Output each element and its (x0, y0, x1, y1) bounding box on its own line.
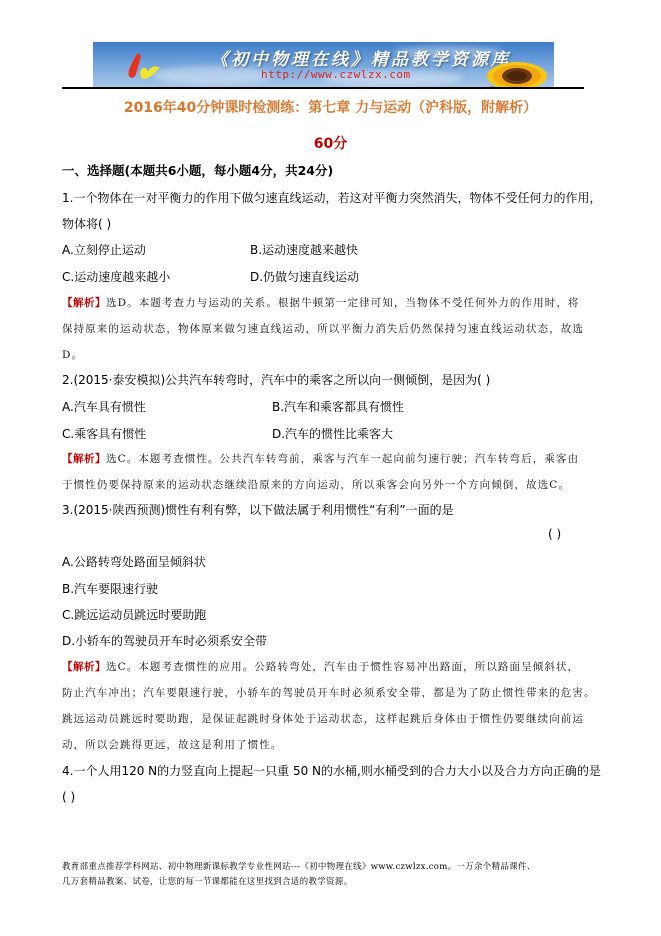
question-3-analysis-line-3: 跳远运动员跳远时要助跑，是保证起跳时身体处于运动状态，这样起跳后身体由于惯性仍要… (62, 711, 584, 726)
analysis-text: 选C。本题考查惯性。公共汽车转弯前，乘客与汽车一起向前匀速行驶；汽车转弯后，乘客… (106, 453, 579, 465)
question-1-option-b: B.运动速度越来越快 (250, 241, 358, 258)
question-2-option-b: B.汽车和乘客都具有惯性 (272, 398, 404, 415)
question-1-stem-line-2: 物体将( ) (62, 216, 111, 232)
question-1-option-d: D.仍做匀速直线运动 (250, 268, 359, 285)
analysis-tag: 【解析】 (62, 453, 106, 465)
question-4-stem-line-2: ( ) (62, 789, 75, 805)
question-2-analysis-line-1: 【解析】选C。本题考查惯性。公共汽车转弯前，乘客与汽车一起向前匀速行驶；汽车转弯… (62, 451, 579, 466)
question-1-option-c: C.运动速度越来越小 (62, 268, 170, 285)
analysis-tag: 【解析】 (62, 661, 106, 673)
question-1-analysis-line-2: 保持原来的运动状态，物体原来做匀速直线运动，所以平衡力消失后仍然保持匀速直线运动… (62, 321, 584, 336)
question-2-option-a: A.汽车具有惯性 (62, 398, 146, 415)
question-3-analysis-line-1: 【解析】选C。本题考查惯性的应用。公路转弯处，汽车由于惯性容易冲出路面，所以路面… (62, 659, 579, 674)
question-3-analysis-line-4: 动，所以会跳得更远，故这是利用了惯性。 (62, 737, 282, 752)
question-2-analysis-line-2: 于惯性仍要保持原来的运动状态继续沿原来的方向运动，所以乘客会向另外一个方向倾倒，… (62, 477, 570, 492)
analysis-text: 选D。本题考查力与运动的关系。根据牛顿第一定律可知，当物体不受任何外力的作用时，… (106, 297, 580, 309)
question-3-analysis-line-2: 防止汽车冲出；汽车要限速行驶，小轿车的驾驶员开车时必须系安全带，都是为了防止惯性… (62, 685, 596, 700)
question-3-stem: 3.(2015·陕西预测)惯性有利有弊，以下做法属于利用惯性“有利”一面的是 (62, 502, 454, 518)
question-1-option-a: A.立刻停止运动 (62, 241, 146, 258)
site-logo-icon (127, 52, 163, 82)
banner-title: 《初中物理在线》精品教学资源库 (211, 45, 511, 70)
question-3-option-b: B.汽车要限速行驶 (62, 580, 158, 597)
document-score: 60分 (0, 133, 661, 153)
banner-url: http://www.czwlzx.com (261, 68, 411, 81)
analysis-text: 选C。本题考查惯性的应用。公路转弯处，汽车由于惯性容易冲出路面，所以路面呈倾斜状… (106, 661, 579, 673)
question-2-stem: 2.(2015·泰安模拟)公共汽车转弯时，汽车中的乘客之所以向一侧倾倒，是因为(… (62, 372, 490, 388)
question-3-answer-blank: ( ) (548, 527, 561, 541)
question-3-option-a: A.公路转弯处路面呈倾斜状 (62, 553, 206, 570)
question-3-option-d: D.小轿车的驾驶员开车时必须系安全带 (62, 632, 267, 649)
section-heading: 一、选择题(本题共6小题，每小题4分，共24分) (62, 163, 333, 179)
question-3-option-c: C.跳远运动员跳远时要助跑 (62, 606, 206, 623)
header-banner: 《初中物理在线》精品教学资源库 http://www.czwlzx.com (93, 42, 554, 87)
sunflower-icon (483, 56, 549, 87)
question-2-option-d: D.汽车的惯性比乘客大 (272, 425, 393, 442)
question-2-option-c: C.乘客具有惯性 (62, 425, 146, 442)
question-4-stem-line-1: 4.一个人用120 N的力竖直向上提起一只重 50 N的水桶,则水桶受到的合力大… (62, 763, 601, 779)
banner-divider (62, 87, 584, 89)
footer-line-2: 几万套精品教案、试卷，让您的每一节课都能在这里找到合适的教学资源。 (62, 875, 352, 887)
question-1-analysis-line-1: 【解析】选D。本题考查力与运动的关系。根据牛顿第一定律可知，当物体不受任何外力的… (62, 295, 580, 310)
question-1-stem-line-1: 1.一个物体在一对平衡力的作用下做匀速直线运动，若这对平衡力突然消失，物体不受任… (62, 190, 601, 206)
document-page: 《初中物理在线》精品教学资源库 http://www.czwlzx.com 20… (0, 0, 661, 936)
question-1-analysis-line-3: D。 (62, 347, 83, 362)
document-title: 2016年40分钟课时检测练：第七章 力与运动（沪科版，附解析） (0, 97, 661, 117)
analysis-tag: 【解析】 (62, 297, 106, 309)
footer-line-1: 教育部重点推荐学科网站、初中物理新课标教学专业性网站---《初中物理在线》www… (62, 860, 536, 872)
